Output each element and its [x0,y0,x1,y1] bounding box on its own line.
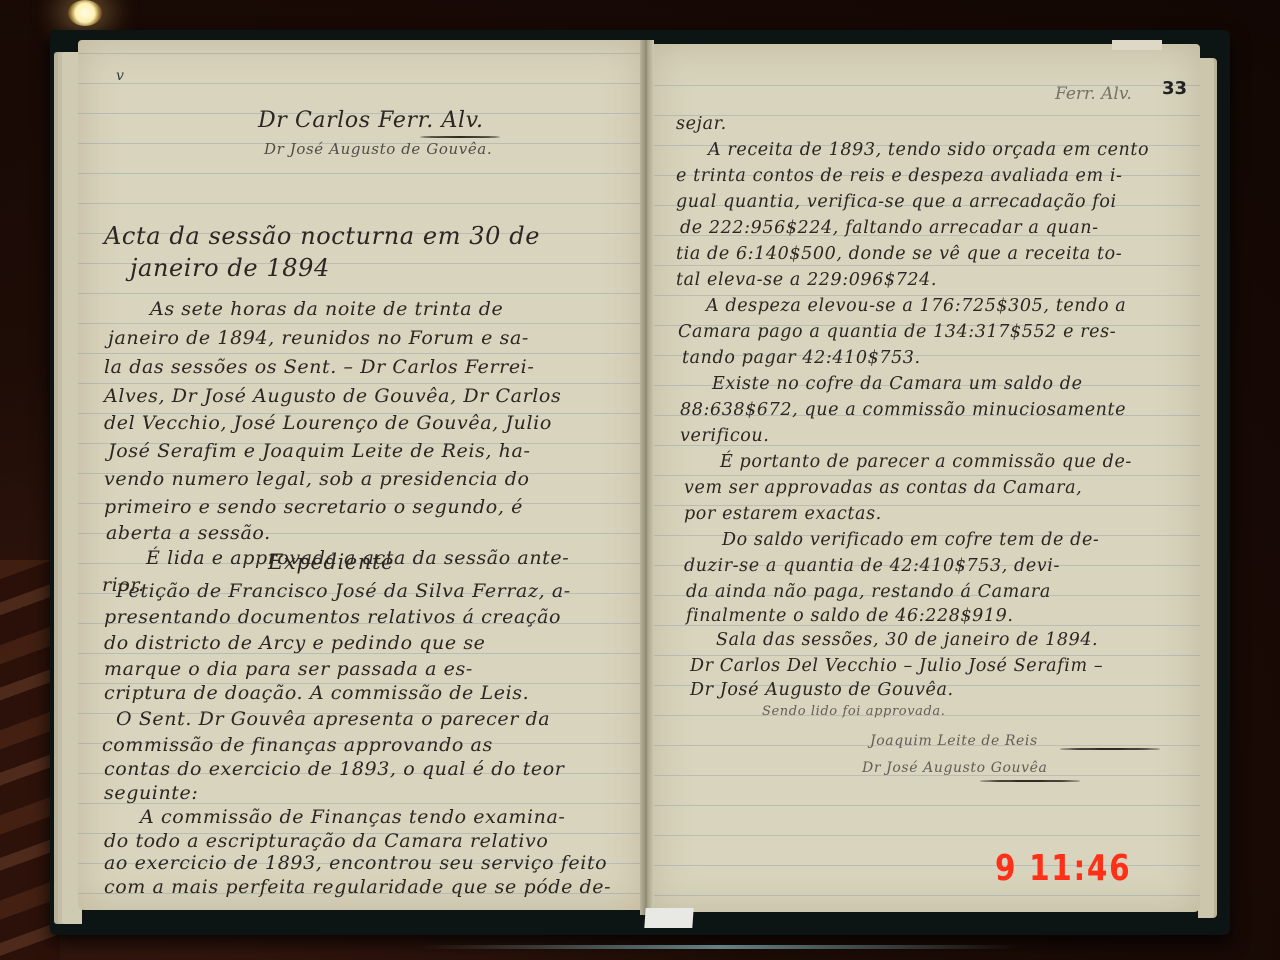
signature-flourish [1060,748,1160,750]
text-line: ao exercicio de 1893, encontrou seu serv… [104,852,607,874]
text-line: Alves, Dr José Augusto de Gouvêa, Dr Car… [104,385,561,407]
text-line: la das sessões os Sent. – Dr Carlos Ferr… [104,356,534,378]
text-line: criptura de doação. A commissão de Leis. [104,682,529,704]
text-line: verificou. [680,426,769,446]
text-line: do todo a escripturação da Camara relati… [104,830,548,852]
text-line: Dr Carlos Del Vecchio – Julio José Seraf… [690,656,1103,676]
text-line: de 222:956$224, faltando arrecadar a qua… [680,218,1099,238]
minutes-title-line-2: janeiro de 1894 [130,254,330,282]
approval-note: Sendo lido foi approvada. [762,704,946,719]
header-signature-2: Dr José Augusto de Gouvêa. [264,140,492,158]
text-line: marque o dia para ser passada a es- [104,658,473,680]
text-line: A receita de 1893, tendo sido orçada em … [708,140,1149,160]
lamp-glare [68,0,102,26]
text-line: 88:638$672, que a commissão minuciosamen… [680,400,1126,420]
text-line: tando pagar 42:410$753. [682,348,921,368]
text-line: José Serafim e Joaquim Leite de Reis, ha… [108,440,530,462]
text-line: e trinta contos de reis e despeza avalia… [676,166,1123,186]
signature-flourish [420,136,500,138]
text-line: Do saldo verificado em cofre tem de de- [722,530,1099,550]
camera-timestamp: 9 11:46 [995,848,1131,889]
text-line: O Sent. Dr Gouvêa apresenta o parecer da [116,708,550,730]
text-line: por estarem exactas. [684,504,882,524]
text-line: A despeza elevou-se a 176:725$305, tendo… [706,296,1126,316]
text-line: A commissão de Finanças tendo examina- [140,806,565,828]
text-line: Dr José Augusto de Gouvêa. [690,680,954,700]
text-line: duzir-se a quantia de 42:410$753, devi- [684,556,1060,576]
text-line: Petição de Francisco José da Silva Ferra… [116,580,571,602]
margin-checkmark: v [116,68,124,84]
text-line: contas do exercicio de 1893, o qual é do… [104,758,564,780]
text-line: tal eleva-se a 229:096$724. [676,270,937,290]
paper-tab [644,908,693,928]
signature-flourish [980,780,1080,782]
text-line: do districto de Arcy e pedindo que se [104,632,486,654]
text-line: commissão de finanças approvando as [102,734,493,756]
page-initials: Ferr. Alv. [1055,84,1132,104]
text-line: tia de 6:140$500, donde se vê que a rece… [676,244,1122,264]
text-line: janeiro de 1894, reunidos no Forum e sa- [108,327,529,349]
text-line: sejar. [676,114,727,134]
text-line: seguinte: [104,782,198,804]
minutes-title-line-1: Acta da sessão nocturna em 30 de [104,222,540,250]
signature-jose-augusto: Dr José Augusto Gouvêa [862,760,1048,776]
text-line: presentando documentos relativos á creaç… [104,606,561,628]
text-line: É portanto de parecer a commissão que de… [720,452,1132,472]
text-line: vem ser approvadas as contas da Camara, [684,478,1082,498]
right-page-stack [1198,58,1214,918]
text-line: Sala das sessões, 30 de janeiro de 1894. [716,630,1098,650]
text-line: gual quantia, verifica-se que a arrecada… [676,192,1117,212]
text-line: vendo numero legal, sob a presidencia do [104,468,530,490]
text-line: Existe no cofre da Camara um saldo de [712,374,1083,394]
text-line: primeiro e sendo secretario o segundo, é [104,496,523,518]
glass-reflection [420,945,1020,949]
top-paper-tab [1112,40,1162,50]
text-line: com a mais perfeita regularidade que se … [104,876,611,898]
page-number: 33 [1162,78,1187,99]
text-line: As sete horas da noite de trinta de [150,298,503,320]
text-line: aberta a sessão. [106,522,271,544]
book-gutter [640,40,654,915]
section-heading-expediente: Expediente [268,550,394,574]
text-line: Camara pago a quantia de 134:317$552 e r… [678,322,1116,342]
text-line: da ainda não paga, restando á Camara [686,582,1051,602]
text-line: del Vecchio, José Lourenço de Gouvêa, Ju… [104,412,552,434]
header-signature-1: Dr Carlos Ferr. Alv. [258,108,484,133]
text-line: finalmente o saldo de 46:228$919. [686,606,1014,626]
signature-joaquim-leite: Joaquim Leite de Reis [870,733,1038,749]
